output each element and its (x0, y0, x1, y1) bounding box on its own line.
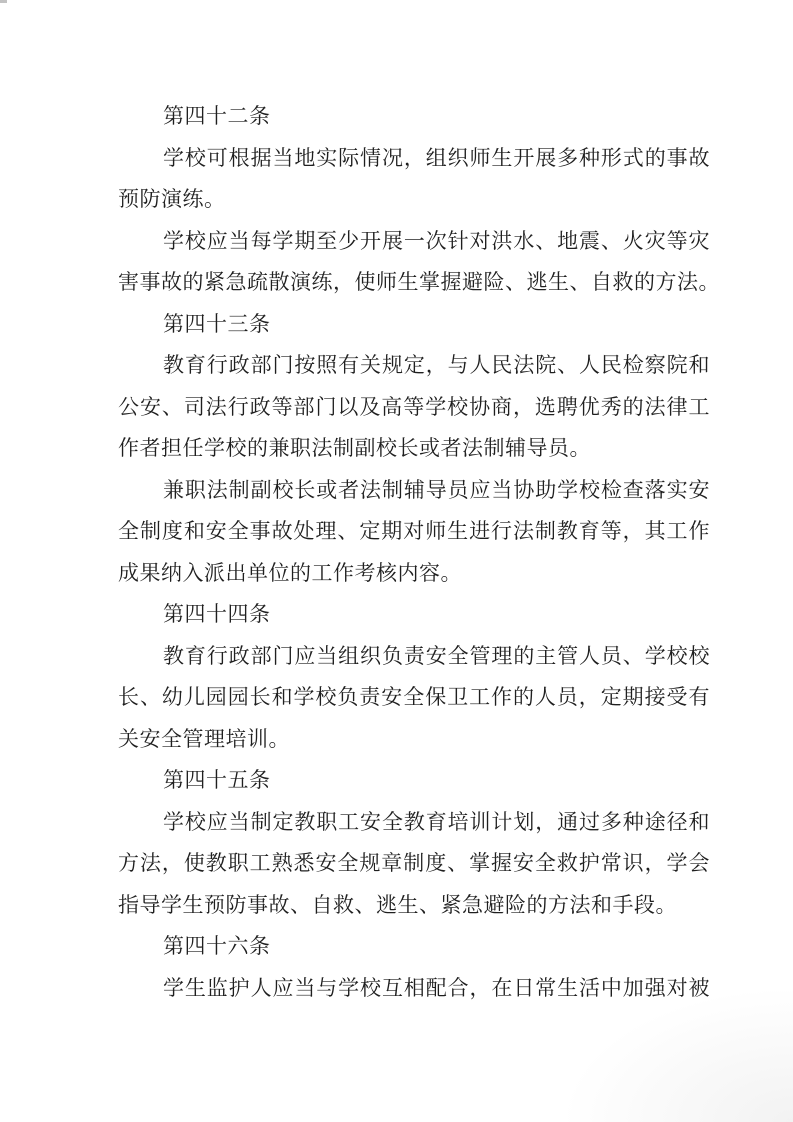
article-number-line: 第四十五条 (118, 760, 710, 802)
article-number-line: 第四十四条 (118, 594, 710, 636)
body-text-line: 教育行政部门按照有关规定，与人民法院、人民检察院和 (118, 345, 710, 387)
body-text-line: 教育行政部门应当组织负责安全管理的主管人员、学校校 (118, 636, 710, 678)
body-text-line: 兼职法制副校长或者法制辅导员应当协助学校检查落实安 (118, 470, 710, 512)
body-text-line: 公安、司法行政等部门以及高等学校协商，选聘优秀的法律工 (118, 387, 710, 429)
body-text-line: 关安全管理培训。 (118, 719, 710, 761)
body-text-line: 指导学生预防事故、自救、逃生、紧急避险的方法和手段。 (118, 885, 710, 927)
body-text-line: 学校可根据当地实际情况，组织师生开展多种形式的事故 (118, 138, 710, 180)
body-text-line: 预防演练。 (118, 179, 710, 221)
body-text-line: 全制度和安全事故处理、定期对师生进行法制教育等，其工作 (118, 511, 710, 553)
document-body: 第四十二条学校可根据当地实际情况，组织师生开展多种形式的事故预防演练。学校应当每… (118, 96, 710, 1009)
scan-edge-artifact (0, 0, 7, 3)
body-text-line: 长、幼儿园园长和学校负责安全保卫工作的人员，定期接受有 (118, 677, 710, 719)
article-number-line: 第四十六条 (118, 926, 710, 968)
body-text-line: 方法，使教职工熟悉安全规章制度、掌握安全救护常识，学会 (118, 843, 710, 885)
body-text-line: 学校应当制定教职工安全教育培训计划，通过多种途径和 (118, 802, 710, 844)
body-text-line: 成果纳入派出单位的工作考核内容。 (118, 553, 710, 595)
body-text-line: 作者担任学校的兼职法制副校长或者法制辅导员。 (118, 428, 710, 470)
article-number-line: 第四十二条 (118, 96, 710, 138)
body-text-line: 学生监护人应当与学校互相配合，在日常生活中加强对被 (118, 968, 710, 1010)
article-number-line: 第四十三条 (118, 304, 710, 346)
document-page: 第四十二条学校可根据当地实际情况，组织师生开展多种形式的事故预防演练。学校应当每… (0, 0, 793, 1122)
body-text-line: 害事故的紧急疏散演练，使师生掌握避险、逃生、自救的方法。 (118, 262, 710, 304)
body-text-line: 学校应当每学期至少开展一次针对洪水、地震、火灾等灾 (118, 221, 710, 263)
